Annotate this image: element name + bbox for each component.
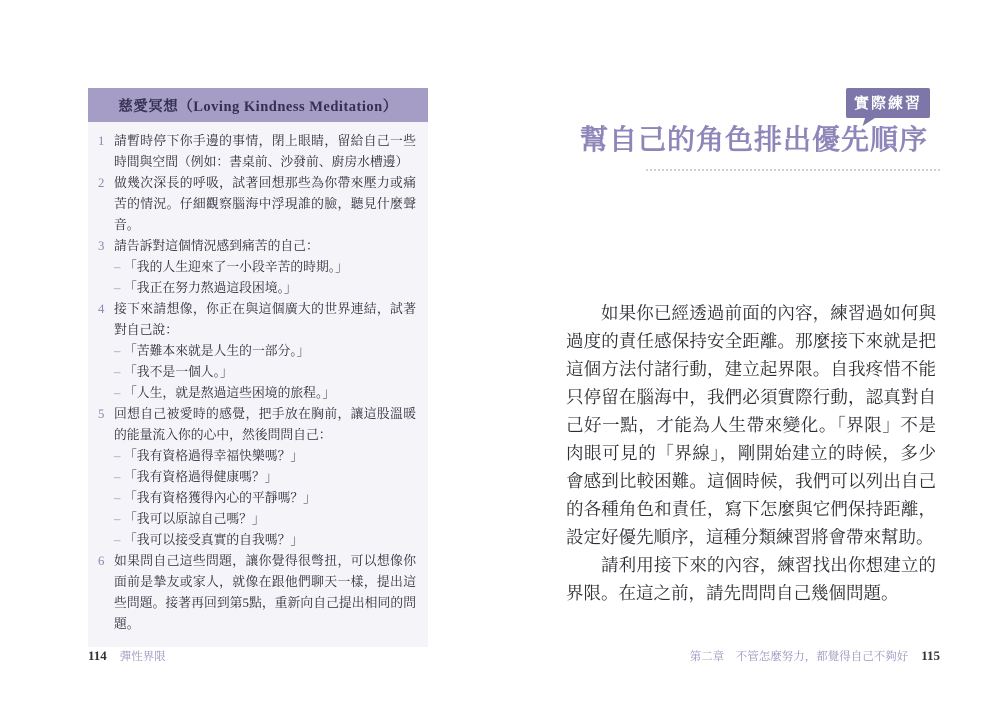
quote-line: –「我有資格過得健康嗎？」 [114,467,416,488]
list-item-number: 3 [98,236,114,299]
list-item-text: 如果問自己這些問題，讓你覺得很彆扭，可以想像你面前是摯友或家人，就像在跟他們聊天… [114,551,416,635]
quote-text: 「我可以接受真實的自我嗎？」 [124,530,303,551]
quote-dash: – [114,278,124,299]
section-title: 幫自己的角色排出優先順序 [566,118,942,158]
quote-dash: – [114,383,124,404]
quote-text: 「我有資格過得幸福快樂嗎？」 [124,446,303,467]
quote-dash: – [114,362,124,383]
chapter-running-foot: 第二章 不管怎麼努力，都覺得自己不夠好 [690,651,909,663]
left-page-footer: 114 彈性界限 [88,648,166,664]
meditation-box: 慈愛冥想（Loving Kindness Meditation） 1請暫時停下你… [88,88,428,647]
list-item-text: 接下來請想像，你正在與這個廣大的世界連結，試著對自己說： [114,299,416,341]
quote-dash: – [114,341,124,362]
list-item: 3請告訴對這個情況感到痛苦的自己：–「我的人生迎來了一小段辛苦的時期。」–「我正… [98,236,416,299]
list-item: 1請暫時停下你手邊的事情，閉上眼睛，留給自己一些時間與空間（例如：書桌前、沙發前… [98,131,416,173]
body-paragraph: 請利用接下來的內容，練習找出你想建立的界限。在這之前，請先問問自己幾個問題。 [566,551,936,607]
quote-line: –「我可以接受真實的自我嗎？」 [114,530,416,551]
list-item-number: 2 [98,173,114,236]
quote-text: 「我正在努力熬過這段困境。」 [124,278,297,299]
quote-line: –「我不是一個人。」 [114,362,416,383]
quote-line: –「苦難本來就是人生的一部分。」 [114,341,416,362]
list-item: 5回想自己被愛時的感覺，把手放在胸前，讓這股溫暖的能量流入你的心中，然後問問自己… [98,404,416,551]
quote-line: –「我正在努力熬過這段困境。」 [114,278,416,299]
list-item-content: 如果問自己這些問題，讓你覺得很彆扭，可以想像你面前是摯友或家人，就像在跟他們聊天… [114,551,416,635]
quote-text: 「我的人生迎來了一小段辛苦的時期。」 [124,257,348,278]
quote-dash: – [114,257,124,278]
quote-dash: – [114,509,124,530]
list-item-text: 做幾次深長的呼吸，試著回想那些為你帶來壓力或痛苦的情況。仔細觀察腦海中浮現誰的臉… [114,173,416,236]
list-item: 2做幾次深長的呼吸，試著回想那些為你帶來壓力或痛苦的情況。仔細觀察腦海中浮現誰的… [98,173,416,236]
list-item: 4接下來請想像，你正在與這個廣大的世界連結，試著對自己說：–「苦難本來就是人生的… [98,299,416,404]
book-title-running-foot: 彈性界限 [120,651,166,663]
quote-dash: – [114,488,124,509]
quote-line: –「我有資格過得幸福快樂嗎？」 [114,446,416,467]
list-item-number: 6 [98,551,114,635]
quote-text: 「我有資格過得健康嗎？」 [124,467,278,488]
body-paragraph: 如果你已經透過前面的內容，練習過如何與過度的責任感保持安全距離。那麼接下來就是把… [566,299,936,551]
quote-dash: – [114,446,124,467]
list-item-number: 1 [98,131,114,173]
quote-text: 「我可以原諒自己嗎？」 [124,509,265,530]
quote-dash: – [114,467,124,488]
quote-text: 「苦難本來就是人生的一部分。」 [124,341,310,362]
list-item-number: 5 [98,404,114,551]
meditation-list: 1請暫時停下你手邊的事情，閉上眼睛，留給自己一些時間與空間（例如：書桌前、沙發前… [88,122,428,647]
list-item-text: 請暫時停下你手邊的事情，閉上眼睛，留給自己一些時間與空間（例如：書桌前、沙發前、… [114,131,416,173]
list-item-text: 請告訴對這個情況感到痛苦的自己： [114,236,416,257]
quote-text: 「我有資格獲得內心的平靜嗎？」 [124,488,316,509]
meditation-box-title: 慈愛冥想（Loving Kindness Meditation） [88,88,428,122]
list-item-number: 4 [98,299,114,404]
list-item-content: 請告訴對這個情況感到痛苦的自己：–「我的人生迎來了一小段辛苦的時期。」–「我正在… [114,236,416,299]
list-item-text: 回想自己被愛時的感覺，把手放在胸前，讓這股溫暖的能量流入你的心中，然後問問自己： [114,404,416,446]
quote-line: –「我的人生迎來了一小段辛苦的時期。」 [114,257,416,278]
right-page-footer: 第二章 不管怎麼努力，都覺得自己不夠好 115 [690,648,940,664]
list-item-content: 回想自己被愛時的感覺，把手放在胸前，讓這股溫暖的能量流入你的心中，然後問問自己：… [114,404,416,551]
list-item: 6如果問自己這些問題，讓你覺得很彆扭，可以想像你面前是摯友或家人，就像在跟他們聊… [98,551,416,635]
practice-badge: 實際練習 [846,88,930,118]
list-item-content: 接下來請想像，你正在與這個廣大的世界連結，試著對自己說：–「苦難本來就是人生的一… [114,299,416,404]
quote-text: 「我不是一個人。」 [124,362,233,383]
right-page-number: 115 [921,648,940,663]
list-item-content: 請暫時停下你手邊的事情，閉上眼睛，留給自己一些時間與空間（例如：書桌前、沙發前、… [114,131,416,173]
title-dotted-rule [645,168,941,173]
quote-line: –「我可以原諒自己嗎？」 [114,509,416,530]
quote-dash: – [114,530,124,551]
quote-line: –「我有資格獲得內心的平靜嗎？」 [114,488,416,509]
left-page-number: 114 [88,648,107,663]
book-spread: 慈愛冥想（Loving Kindness Meditation） 1請暫時停下你… [0,0,1000,709]
body-text: 如果你已經透過前面的內容，練習過如何與過度的責任感保持安全距離。那麼接下來就是把… [566,299,936,607]
quote-line: –「人生，就是熬過這些困境的旅程。」 [114,383,416,404]
list-item-content: 做幾次深長的呼吸，試著回想那些為你帶來壓力或痛苦的情況。仔細觀察腦海中浮現誰的臉… [114,173,416,236]
quote-text: 「人生，就是熬過這些困境的旅程。」 [124,383,335,404]
